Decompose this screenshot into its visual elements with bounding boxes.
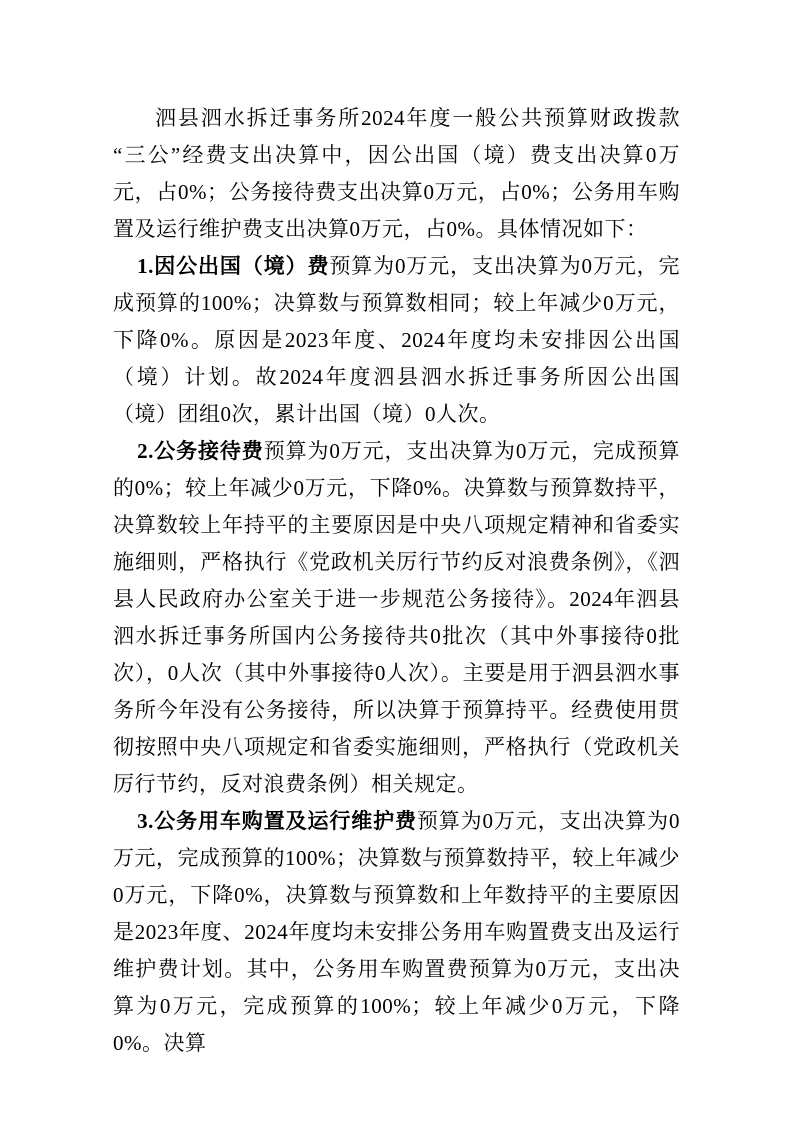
document-content: 泗县泗水拆迁事务所2024年度一般公共预算财政拨款“三公”经费支出决算中，因公出…: [113, 100, 680, 1062]
section-3-paragraph: 3.公务用车购置及运行维护费预算为0万元，支出决算为0万元，完成预算的100%；…: [113, 803, 680, 1062]
section-1-paragraph: 1.因公出国（境）费预算为0万元，支出决算为0万元，完成预算的100%；决算数与…: [113, 248, 680, 433]
intro-paragraph: 泗县泗水拆迁事务所2024年度一般公共预算财政拨款“三公”经费支出决算中，因公出…: [113, 100, 680, 248]
document-page: 泗县泗水拆迁事务所2024年度一般公共预算财政拨款“三公”经费支出决算中，因公出…: [0, 0, 793, 1122]
section-2-paragraph: 2.公务接待费预算为0万元，支出决算为0万元，完成预算的0%；较上年减少0万元，…: [113, 433, 680, 803]
section-3-heading: 3.公务用车购置及运行维护费: [137, 809, 417, 833]
section-1-text: 预算为0万元，支出决算为0万元，完成预算的100%；决算数与预算数相同；较上年减…: [113, 254, 680, 426]
section-2-heading: 2.公务接待费: [137, 439, 264, 463]
section-2-text: 预算为0万元，支出决算为0万元，完成预算的0%；较上年减少0万元，下降0%。决算…: [113, 439, 680, 796]
section-3-text: 预算为0万元，支出决算为0万元，完成预算的100%；决算数与预算数持平，较上年减…: [113, 809, 680, 1055]
section-1-heading: 1.因公出国（境）费: [137, 254, 329, 278]
intro-paragraph-text: 泗县泗水拆迁事务所2024年度一般公共预算财政拨款“三公”经费支出决算中，因公出…: [113, 106, 680, 241]
